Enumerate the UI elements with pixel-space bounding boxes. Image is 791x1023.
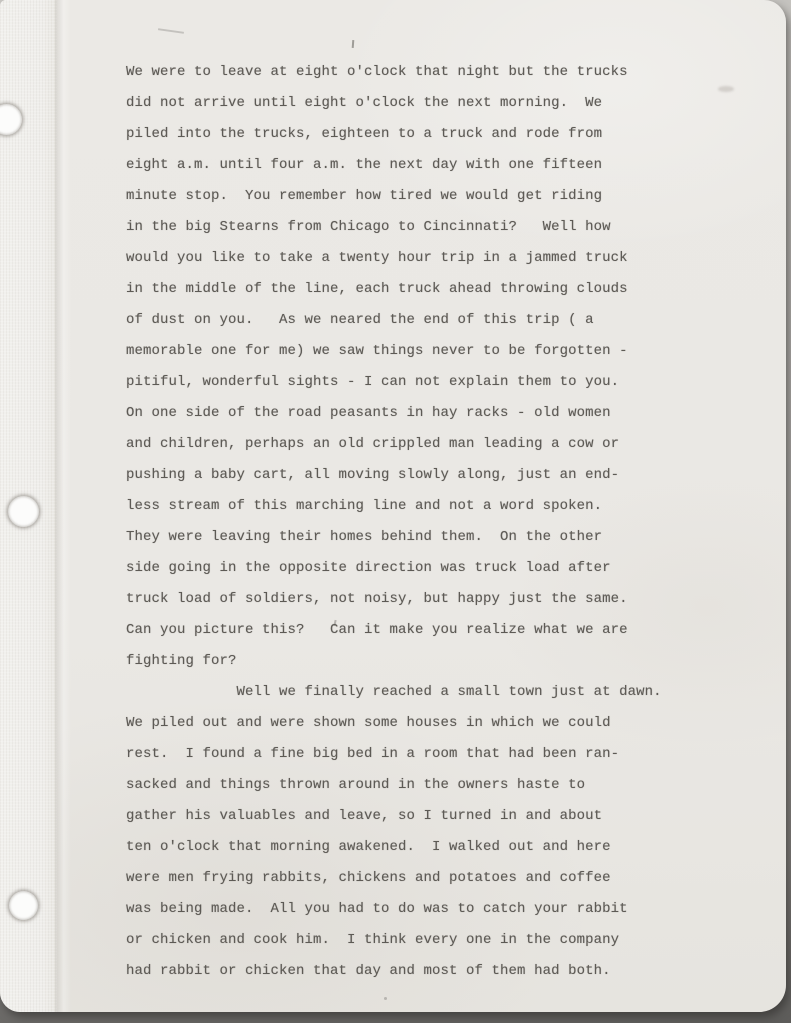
text-line: of dust on you. As we neared the end of …	[126, 305, 706, 336]
text-line: side going in the opposite direction was…	[126, 553, 706, 584]
text-line: Can you picture this? Can it make you re…	[126, 615, 706, 646]
text-line: in the big Stearns from Chicago to Cinci…	[126, 212, 706, 243]
paper-smudge	[718, 86, 734, 92]
text-line: We were to leave at eight o'clock that n…	[126, 57, 706, 88]
text-line: minute stop. You remember how tired we w…	[126, 181, 706, 212]
text-line: eight a.m. until four a.m. the next day …	[126, 150, 706, 181]
binding-crease	[55, 0, 71, 1012]
text-line: pitiful, wonderful sights - I can not ex…	[126, 367, 706, 398]
punch-hole-middle	[8, 496, 39, 527]
text-line: fighting for?	[126, 646, 706, 677]
text-line: truck load of soldiers, not noisy, but h…	[126, 584, 706, 615]
text-line: or chicken and cook him. I think every o…	[126, 925, 706, 956]
text-line: had rabbit or chicken that day and most …	[126, 956, 706, 987]
punch-hole-bottom	[9, 891, 38, 920]
text-line: pushing a baby cart, all moving slowly a…	[126, 460, 706, 491]
letter-text: We were to leave at eight o'clock that n…	[126, 57, 706, 987]
text-line: and children, perhaps an old crippled ma…	[126, 429, 706, 460]
letter-page: We were to leave at eight o'clock that n…	[0, 0, 786, 1012]
paper-scratch	[158, 28, 184, 33]
text-line: would you like to take a twenty hour tri…	[126, 243, 706, 274]
text-line: gather his valuables and leave, so I tur…	[126, 801, 706, 832]
text-line: They were leaving their homes behind the…	[126, 522, 706, 553]
text-line: Well we finally reached a small town jus…	[126, 677, 706, 708]
text-line: rest. I found a fine big bed in a room t…	[126, 739, 706, 770]
text-line: ten o'clock that morning awakened. I wal…	[126, 832, 706, 863]
paper-speck	[384, 997, 387, 1000]
text-line: We piled out and were shown some houses …	[126, 708, 706, 739]
text-line: did not arrive until eight o'clock the n…	[126, 88, 706, 119]
text-line: in the middle of the line, each truck ah…	[126, 274, 706, 305]
text-line: was being made. All you had to do was to…	[126, 894, 706, 925]
text-line: sacked and things thrown around in the o…	[126, 770, 706, 801]
text-line: On one side of the road peasants in hay …	[126, 398, 706, 429]
text-line: were men frying rabbits, chickens and po…	[126, 863, 706, 894]
paper-speck	[352, 40, 355, 48]
text-line: less stream of this marching line and no…	[126, 491, 706, 522]
text-line: piled into the trucks, eighteen to a tru…	[126, 119, 706, 150]
text-line: memorable one for me) we saw things neve…	[126, 336, 706, 367]
